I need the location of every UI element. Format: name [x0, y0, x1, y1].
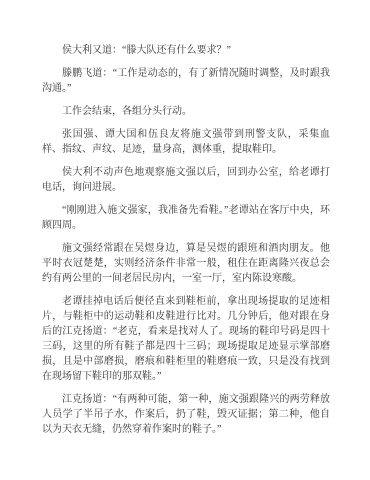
paragraph: 侯大利又道：“滕大队还有什么要求？” [42, 43, 330, 58]
reader-page: 侯大利又道：“滕大队还有什么要求？” 滕鹏飞道：“工作是动态的，有了新情况随时调… [0, 0, 370, 480]
paragraph: 滕鹏飞道：“工作是动态的，有了新情况随时调整，及时跟我沟通。” [42, 66, 330, 96]
paragraph: “刚刚进入施文强家，我准备先看鞋。”老谭站在客厅中央，环顾四周。 [42, 203, 330, 233]
paragraph: 工作会结束，各组分头行动。 [42, 104, 330, 119]
paragraph: 老谭挂掉电话后便径直来到鞋柜前，拿出现场提取的足迹相片，与鞋柜中的运动鞋和皮鞋进… [42, 294, 330, 384]
paragraph: 江克扬道：“有两种可能，第一种，施文强跟隆兴的两劳释放人员学了半吊子水，作案后，… [42, 392, 330, 437]
paragraph: 张国强、谭大国和伍良友将施文强带到刑警支队，采集血样、指纹、声纹、足迹，量身高，… [42, 127, 330, 157]
paragraph: 施文强经常跟在吴煜身边，算是吴煜的跟班和酒肉朋友。他平时衣冠楚楚，实则经济条件非… [42, 241, 330, 286]
paragraph: 侯大利不动声色地观察施文强以后，回到办公室，给老谭打电话，询问进展。 [42, 165, 330, 195]
